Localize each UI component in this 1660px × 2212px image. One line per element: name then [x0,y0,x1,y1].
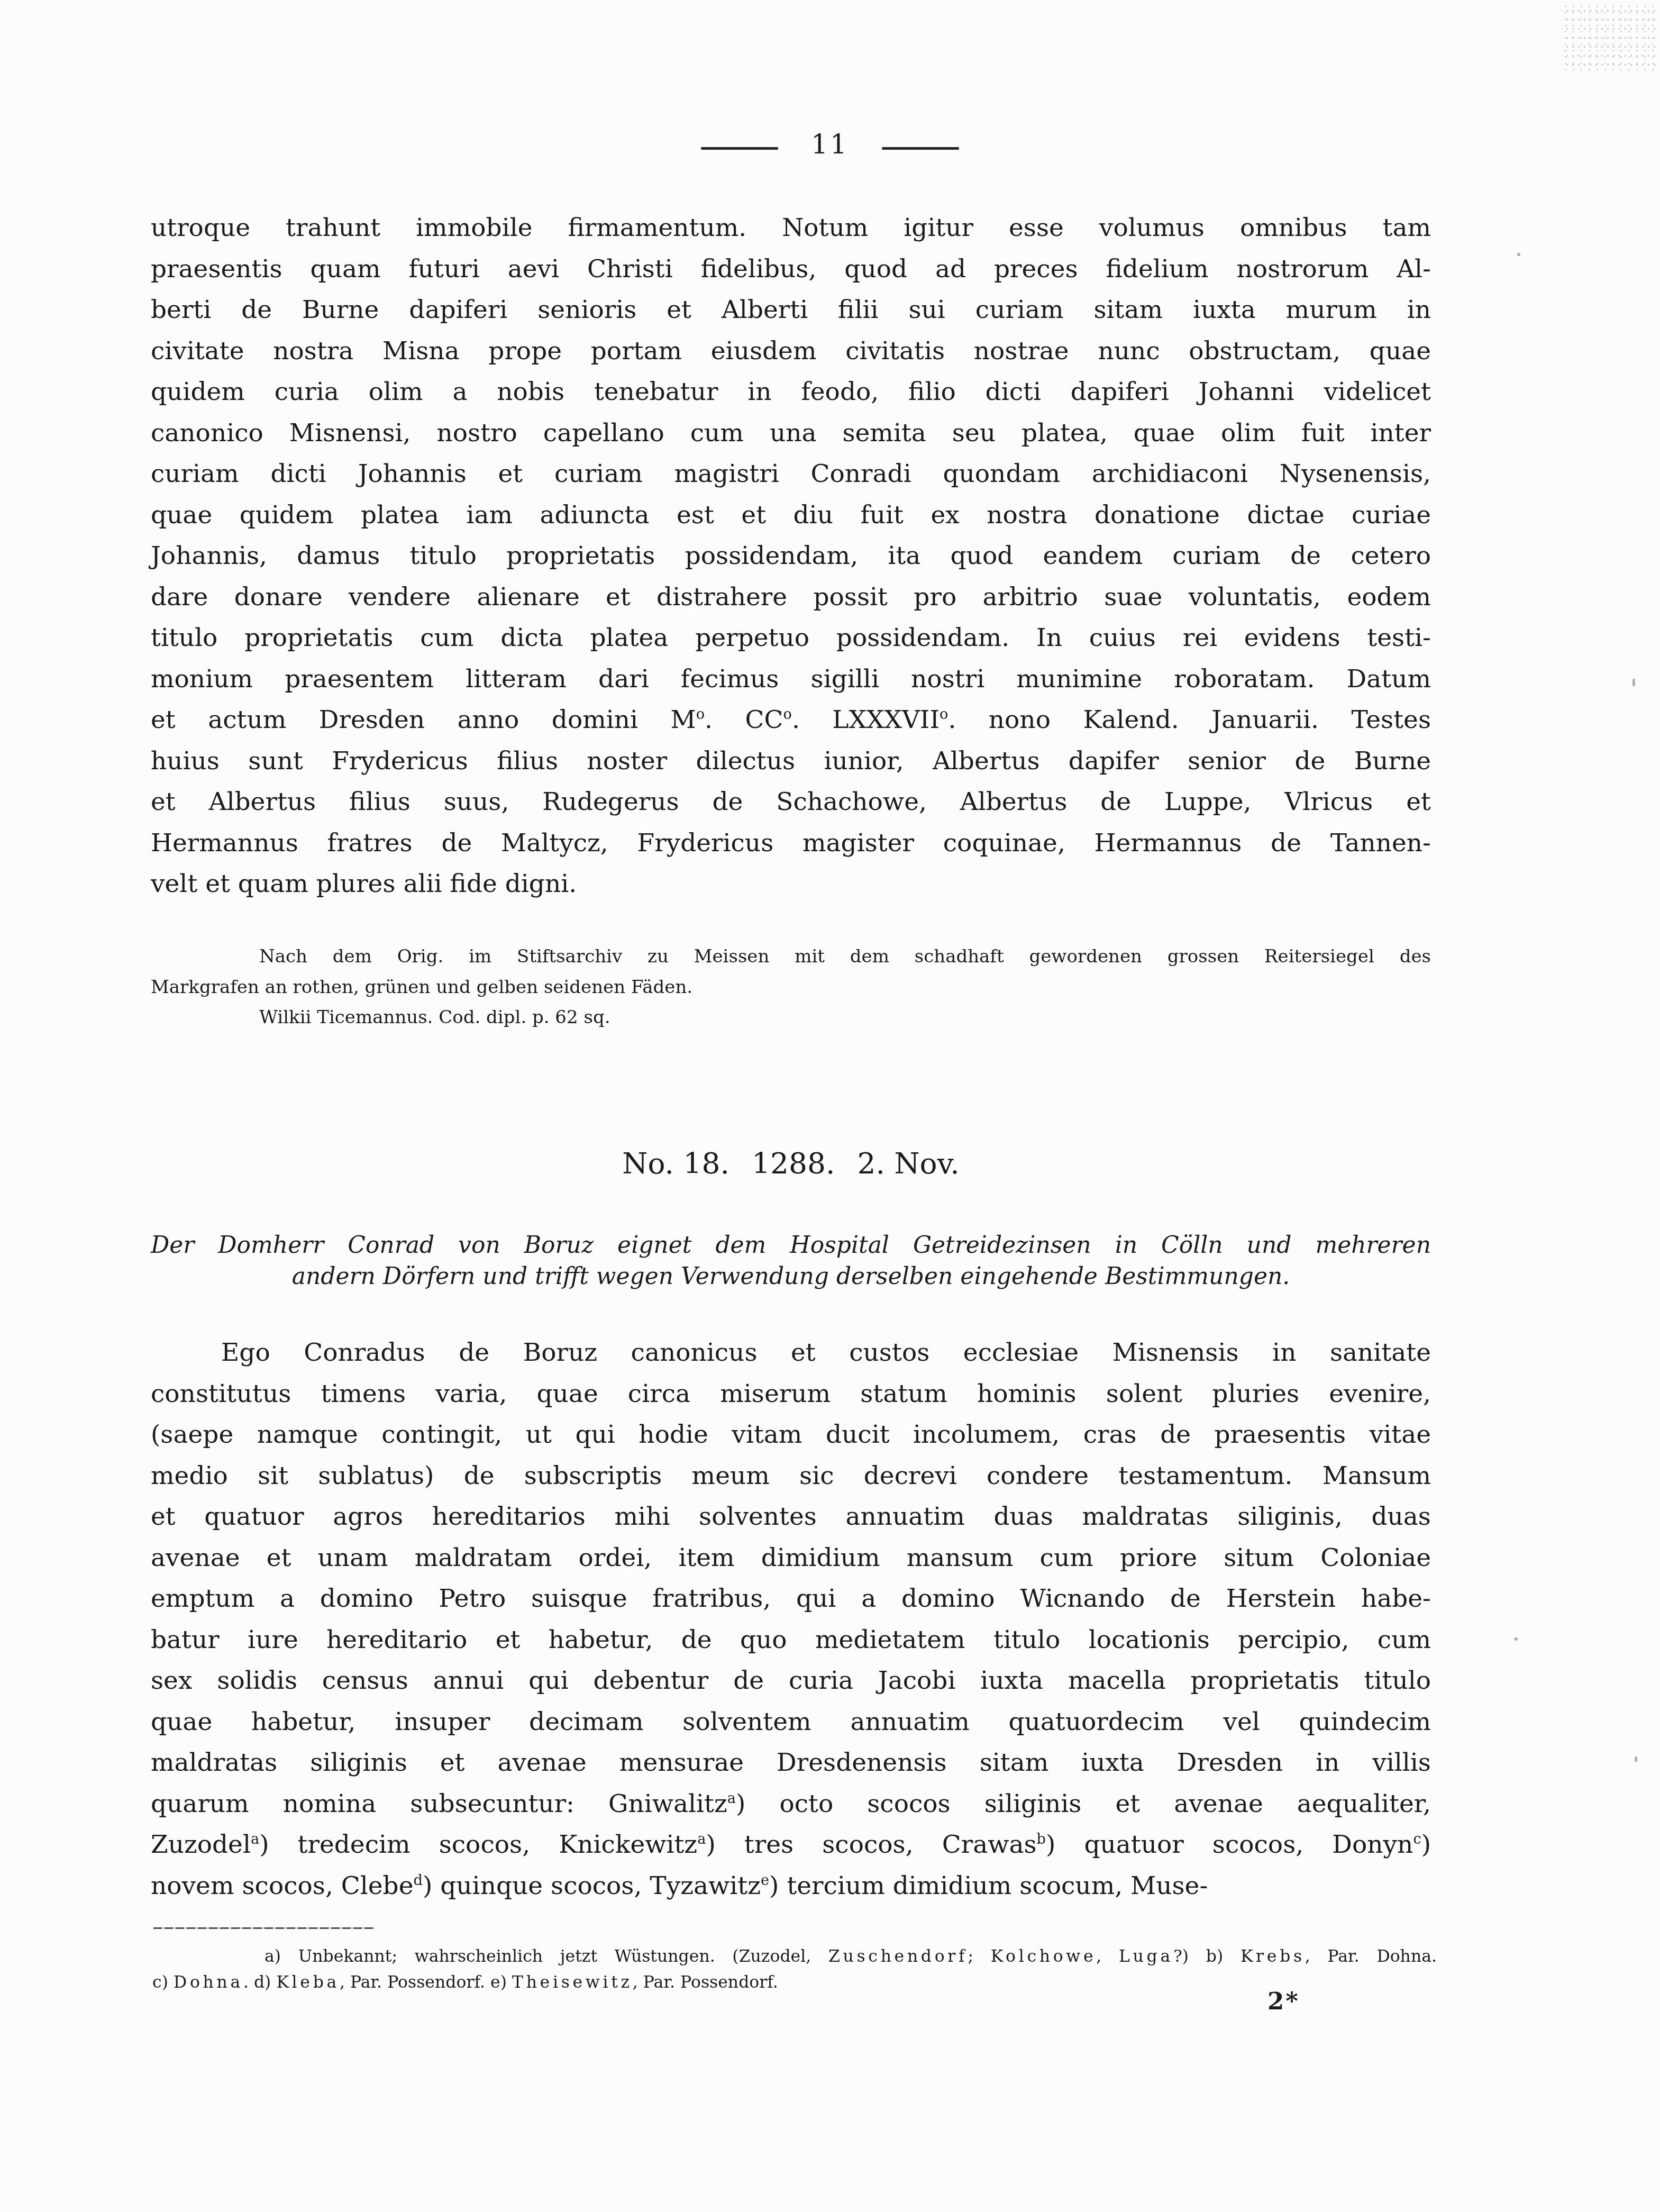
text-line: huius sunt Frydericus filius noster dile… [151,741,1431,782]
text-line: a) Unbekannt; wahrscheinlich jetzt Wüstu… [152,1944,1437,1970]
text-line: quae quidem platea iam adiuncta est et d… [151,495,1431,536]
scan-noise-artifact [1562,3,1657,72]
text-line: batur iure hereditario et habetur, de qu… [151,1619,1431,1661]
text-line: c) Dohna. d) Kleba, Par. Possendorf. e) … [152,1970,1437,1996]
text-line: constitutus timens varia, quae circa mis… [151,1373,1431,1415]
text-line: Hermannus fratres de Maltycz, Frydericus… [151,823,1431,864]
scan-speck [1632,679,1635,686]
text-line: sex solidis census annui qui debentur de… [151,1660,1431,1701]
text-line: curiam dicti Johannis et curiam magistri… [151,453,1431,495]
scanned-book-page: 11 utroque trahunt immobile firmamentum.… [0,0,1660,2212]
charter-no17-body: utroque trahunt immobile firmamentum. No… [151,207,1431,905]
text-line: novem scocos, Clebed) quinque scocos, Ty… [151,1865,1431,1907]
text-line: Johannis, damus titulo proprietatis poss… [151,535,1431,577]
page-header: 11 [0,131,1660,158]
footnote-separator [153,1927,375,1929]
page-number: 11 [811,131,849,158]
entry-date: 2. Nov. [857,1146,959,1181]
text-line: maldratas siliginis et avenae mensurae D… [151,1742,1431,1783]
text-line: Der Domherr Conrad von Boruz eignet dem … [151,1230,1431,1261]
scan-speck [1635,1756,1637,1762]
scan-speck [1517,253,1520,256]
text-line: medio sit sublatus) de subscriptis meum … [151,1455,1431,1497]
entry-no18-heading: No. 18. 1288. 2. Nov. [151,1146,1431,1181]
text-line: monium praesentem litteram dari fecimus … [151,659,1431,700]
entry-no18-summary: Der Domherr Conrad von Boruz eignet dem … [151,1230,1431,1292]
text-line: emptum a domino Petro suisque fratribus,… [151,1578,1431,1619]
text-line: dare donare vendere alienare et distrahe… [151,577,1431,618]
text-line: velt et quam plures alii fide digni. [151,863,1431,905]
text-line: andern Dörfern und trifft wegen Verwendu… [151,1261,1431,1292]
text-line: titulo proprietatis cum dicta platea per… [151,617,1431,659]
text-line: Ego Conradus de Boruz canonicus et custo… [151,1332,1431,1373]
text-line: praesentis quam futuri aevi Christi fide… [151,249,1431,290]
text-line: et Albertus filius suus, Rudegerus de Sc… [151,781,1431,823]
text-line: quae habetur, insuper decimam solventem … [151,1701,1431,1743]
scan-speck [1515,1637,1518,1641]
text-line: (saepe namque contingit, ut qui hodie vi… [151,1414,1431,1455]
text-line: quidem curia olim a nobis tenebatur in f… [151,371,1431,413]
entry-number: No. 18. [622,1146,729,1181]
entry-year: 1288. [752,1146,835,1181]
text-line: Wilkii Ticemannus. Cod. dipl. p. 62 sq. [151,1003,1431,1033]
charter-no18-body: Ego Conradus de Boruz canonicus et custo… [151,1332,1431,1906]
text-line: avenae et unam maldratam ordei, item dim… [151,1537,1431,1579]
text-line: et quatuor agros hereditarios mihi solve… [151,1496,1431,1537]
header-rule-left-icon [701,147,778,150]
text-line: canonico Misnensi, nostro capellano cum … [151,413,1431,454]
text-line: et actum Dresden anno domini Mo. CCo. LX… [151,699,1431,741]
text-line: Zuzodela) tredecim scocos, Knickewitza) … [151,1824,1431,1865]
text-line: Nach dem Orig. im Stiftsarchiv zu Meisse… [151,942,1431,972]
text-line: civitate nostra Misna prope portam eiusd… [151,331,1431,372]
text-line: Markgrafen an rothen, grünen und gelben … [151,972,1431,1003]
text-line: berti de Burne dapiferi senioris et Albe… [151,289,1431,331]
text-line: quarum nomina subsecuntur: Gniwalitza) o… [151,1783,1431,1825]
footnotes: a) Unbekannt; wahrscheinlich jetzt Wüstu… [152,1944,1437,1996]
text-line: utroque trahunt immobile firmamentum. No… [151,207,1431,249]
signature-mark: 2* [1267,1987,1300,2015]
source-note: Nach dem Orig. im Stiftsarchiv zu Meisse… [151,942,1431,1033]
header-rule-right-icon [882,147,959,150]
